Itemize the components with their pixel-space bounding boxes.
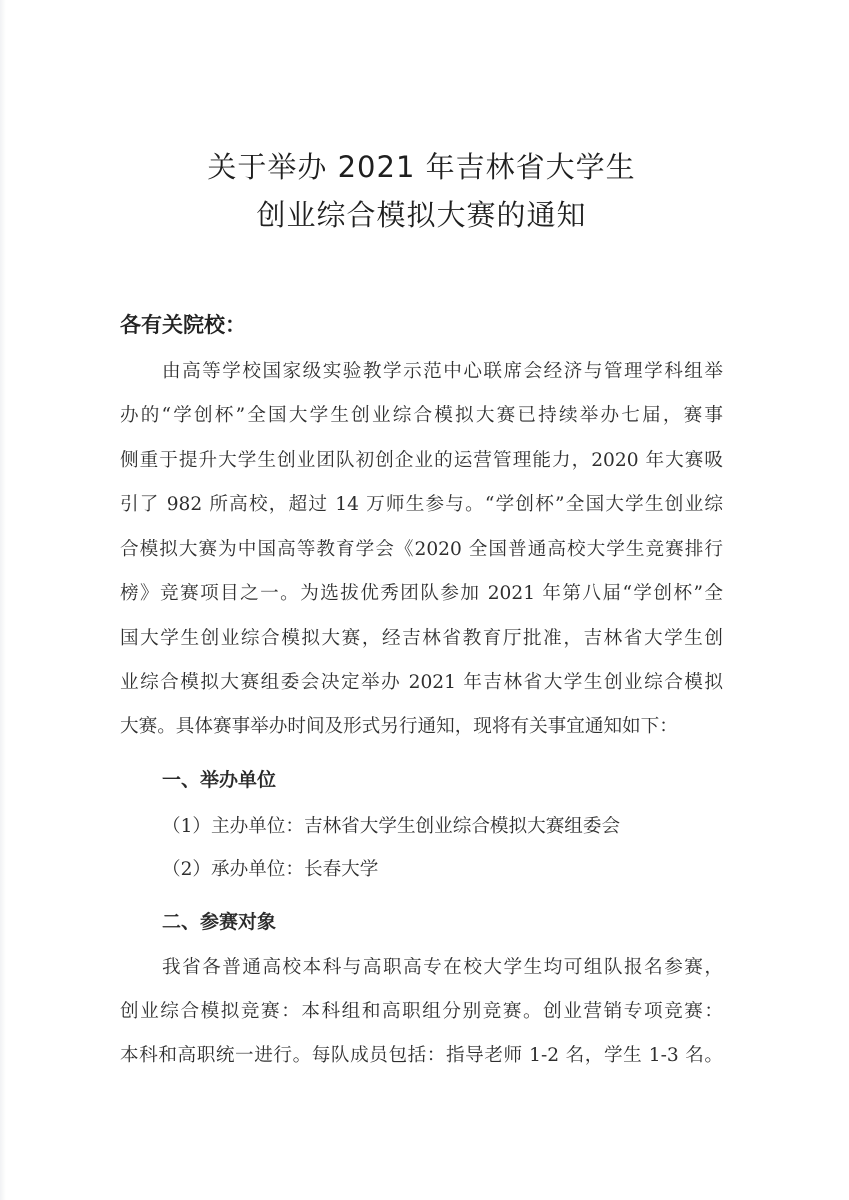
organizer-item-host: （1）主办单位：吉林省大学生创业综合模拟大赛组委会 xyxy=(162,812,620,838)
paragraph-line: 办的“学创杯”全国大学生创业综合模拟大赛已持续举办七届，赛事 xyxy=(120,401,723,427)
document-title-line-1: 关于举办 2021 年吉林省大学生 xyxy=(120,145,723,186)
paragraph-line: 创业综合模拟竞赛：本科组和高职组分别竞赛。创业营销专项竞赛： xyxy=(120,997,723,1023)
paragraph-line: 侧重于提升大学生创业团队初创企业的运营管理能力，2020 年大赛吸 xyxy=(120,446,723,472)
paragraph-line: 国大学生创业综合模拟大赛，经吉林省教育厅批准，吉林省大学生创 xyxy=(120,624,723,650)
paragraph-line: 榜》竞赛项目之一。为选拔优秀团队参加 2021 年第八届“学创杯”全 xyxy=(120,579,723,605)
scan-page-edge xyxy=(0,0,6,1200)
paragraph-line: 合模拟大赛为中国高等教育学会《2020 全国普通高校大学生竞赛排行 xyxy=(120,535,723,561)
section-heading: 一、举办单位 xyxy=(162,765,276,792)
paragraph-line: 本科和高职统一进行。每队成员包括：指导老师 1-2 名，学生 1-3 名。 xyxy=(120,1041,723,1067)
organizer-item-undertaker: （2）承办单位：长春大学 xyxy=(162,855,378,881)
paragraph-line: 引了 982 所高校，超过 14 万师生参与。“学创杯”全国大学生创业综 xyxy=(120,490,723,516)
paragraph-line: 由高等学校国家级实验教学示范中心联席会经济与管理学科组举 xyxy=(162,357,723,383)
paragraph-line: 大赛。具体赛事举办时间及形式另行通知，现将有关事宜通知如下： xyxy=(120,712,723,738)
document-title-line-2: 创业综合模拟大赛的通知 xyxy=(120,193,723,234)
section-heading: 二、参赛对象 xyxy=(162,907,276,934)
paragraph-line: 业综合模拟大赛组委会决定举办 2021 年吉林省大学生创业综合模拟 xyxy=(120,668,723,694)
salutation: 各有关院校： xyxy=(120,309,246,339)
paragraph-line: 我省各普通高校本科与高职高专在校大学生均可组队报名参赛， xyxy=(162,953,723,979)
